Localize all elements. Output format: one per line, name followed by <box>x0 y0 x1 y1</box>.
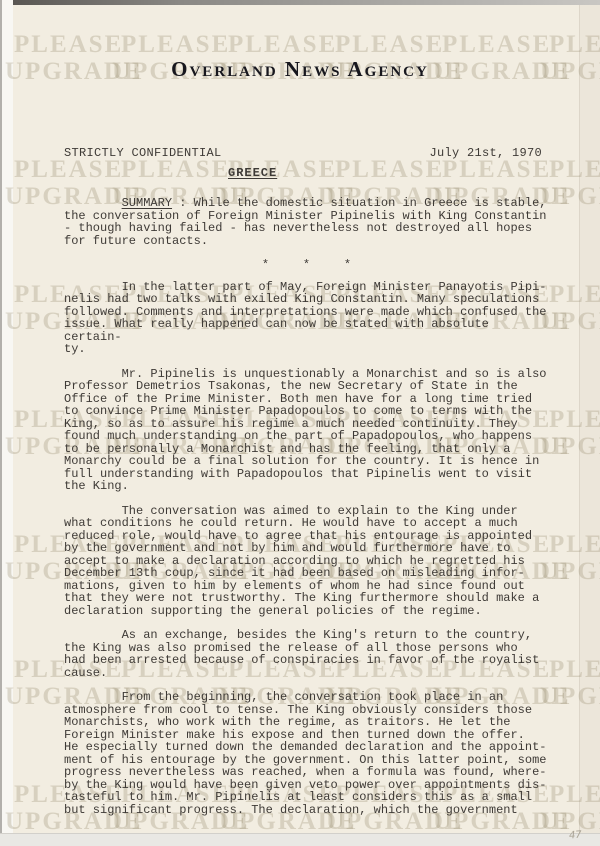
classification-label: STRICTLY CONFIDENTIAL <box>64 146 222 160</box>
paragraph-3: The conversation was aimed to explain to… <box>64 505 550 618</box>
section-separator: * * * <box>64 259 550 272</box>
agency-masthead: Overland News Agency <box>0 57 600 82</box>
meta-row: STRICTLY CONFIDENTIAL July 21st, 1970 <box>64 146 542 160</box>
scanned-document-page: PLEASEUPGRADEPLEASEUPGRADEPLEASEUPGRADEP… <box>0 0 600 846</box>
paragraph-1: In the latter part of May, Foreign Minis… <box>64 281 550 356</box>
paragraph-2: Mr. Pipinelis is unquestionably a Monarc… <box>64 368 550 493</box>
document-content: Overland News Agency STRICTLY CONFIDENTI… <box>0 0 600 846</box>
date-line: July 21st, 1970 <box>429 146 542 160</box>
document-title: GREECE <box>228 166 277 180</box>
document-body: SUMMARY : While the domestic situation i… <box>64 197 550 828</box>
summary-paragraph: SUMMARY : While the domestic situation i… <box>64 197 550 247</box>
paragraph-4: As an exchange, besides the King's retur… <box>64 629 550 679</box>
paragraph-5: From the beginning, the conversation too… <box>64 691 550 816</box>
handwritten-page-number: 47 <box>569 830 582 842</box>
